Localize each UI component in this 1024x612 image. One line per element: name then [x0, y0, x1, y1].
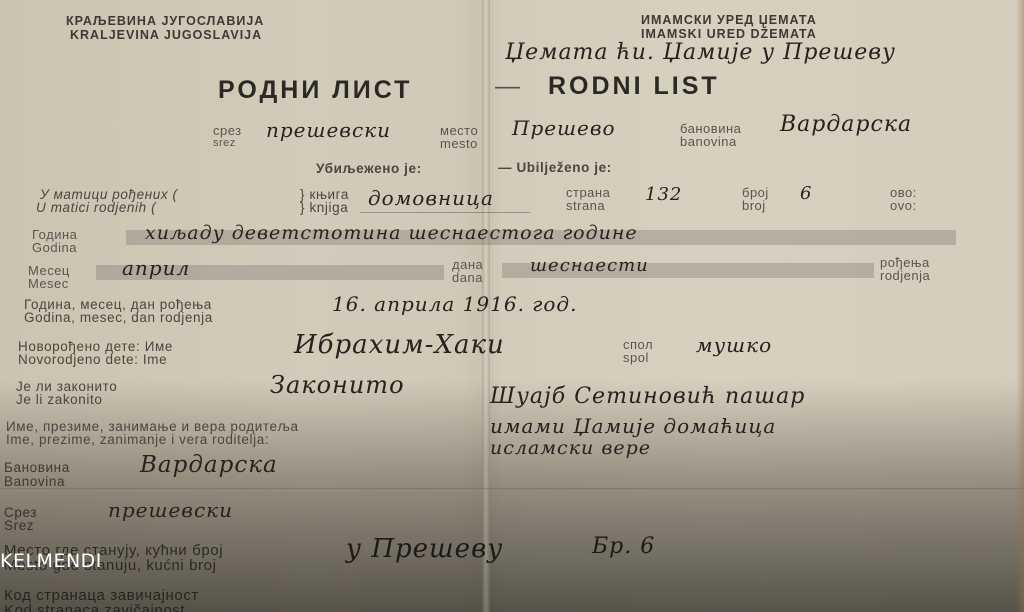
parents-value-line2: имами Џамије домаћица [490, 414, 776, 438]
title-latin: RODNI LIST [548, 72, 720, 101]
dana-value: шеснаести [530, 255, 649, 276]
broj-label-lat: broj [742, 199, 766, 212]
parents-label-lat: Ime, prezime, zanimanje i vera roditelja… [6, 433, 269, 447]
godina-label-lat: Godina [32, 241, 77, 254]
foreign-label-cyr: Код странаца завичајност [4, 589, 199, 603]
spol-value: мушко [696, 333, 772, 357]
strana-label-lat: strana [566, 199, 605, 212]
title-cyrillic: РОДНИ ЛИСТ [218, 76, 412, 105]
registered-label-lat: — Ubilježeno je: [498, 161, 612, 175]
banovina-label-lat: banovina [680, 135, 737, 148]
birthdate-value: 16. априла 1916. год. [332, 292, 577, 316]
ovo-label-lat: ovo: [890, 199, 917, 212]
paper-edge [1016, 0, 1024, 612]
srez2-value: прешевски [108, 498, 233, 522]
mesto-label-lat: mesto [440, 137, 478, 150]
broj-value: 6 [800, 183, 812, 204]
godina-value: хиљаду деветстотина шеснаестога године [145, 222, 638, 244]
parents-value-line3: исламски вере [490, 437, 651, 459]
registered-label-cyr: Убиљежено је: [316, 162, 422, 176]
srez2-label-lat: Srez [4, 519, 34, 533]
knjiga-underline [360, 212, 530, 213]
dana-label-lat: dana [452, 271, 483, 284]
handwritten-mosque-office: Џемата ћи. Џамије у Прешеву [505, 40, 896, 65]
banovina2-value: Вардарска [140, 452, 278, 478]
mesec-label-lat: Mesec [28, 277, 69, 290]
banovina-value: Вардарска [780, 112, 912, 137]
knjiga-value: домовница [368, 186, 494, 210]
residence-value: у Прешеву [346, 534, 503, 564]
banovina2-label-cyr: Бановина [4, 461, 70, 475]
horizontal-fold-line [0, 488, 1024, 491]
birthdate-label-lat: Godina, mesec, dan rodjenja [24, 311, 213, 325]
srez-label-lat: srez [213, 137, 236, 150]
parents-value-line1: Шуајб Сеmиновић пашар [490, 384, 805, 409]
srez-label-cyr: срез [213, 124, 242, 137]
child-name-label-lat: Novorodjeno dete: Ime [18, 353, 167, 367]
residence-number: Бр. 6 [592, 534, 655, 559]
matica-label-lat: U matici rodjenih ( [36, 201, 156, 215]
title-dash: — [495, 72, 523, 101]
legitimacy-label-lat: Je li zakonito [16, 393, 102, 407]
legitimacy-value: Законито [270, 371, 405, 399]
child-name-value: Ибрахим-Хаки [294, 330, 505, 360]
rodjenja-label-lat: rodjenja [880, 269, 930, 282]
foreign-label-lat: Kod stranaca zavičajnost [4, 604, 185, 612]
mesec-value: април [122, 256, 190, 280]
knjiga-label-lat: } knjiga [300, 201, 348, 215]
header-left-latin: KRALJEVINA JUGOSLAVIJA [70, 29, 262, 42]
spol-label-lat: spol [623, 351, 649, 364]
video-caption-name: KELMENDI [0, 550, 102, 572]
mesto-value: Прешево [512, 116, 616, 140]
srez-value: прешевски [266, 118, 391, 142]
banovina2-label-lat: Banovina [4, 475, 65, 489]
header-left-cyrillic: КРАЉЕВИНА ЈУГОСЛАВИЈА [66, 15, 264, 28]
header-right-cyrillic: ИМАМСКИ УРЕД ЏЕМАТА [641, 14, 817, 27]
strana-value: 132 [645, 184, 682, 205]
